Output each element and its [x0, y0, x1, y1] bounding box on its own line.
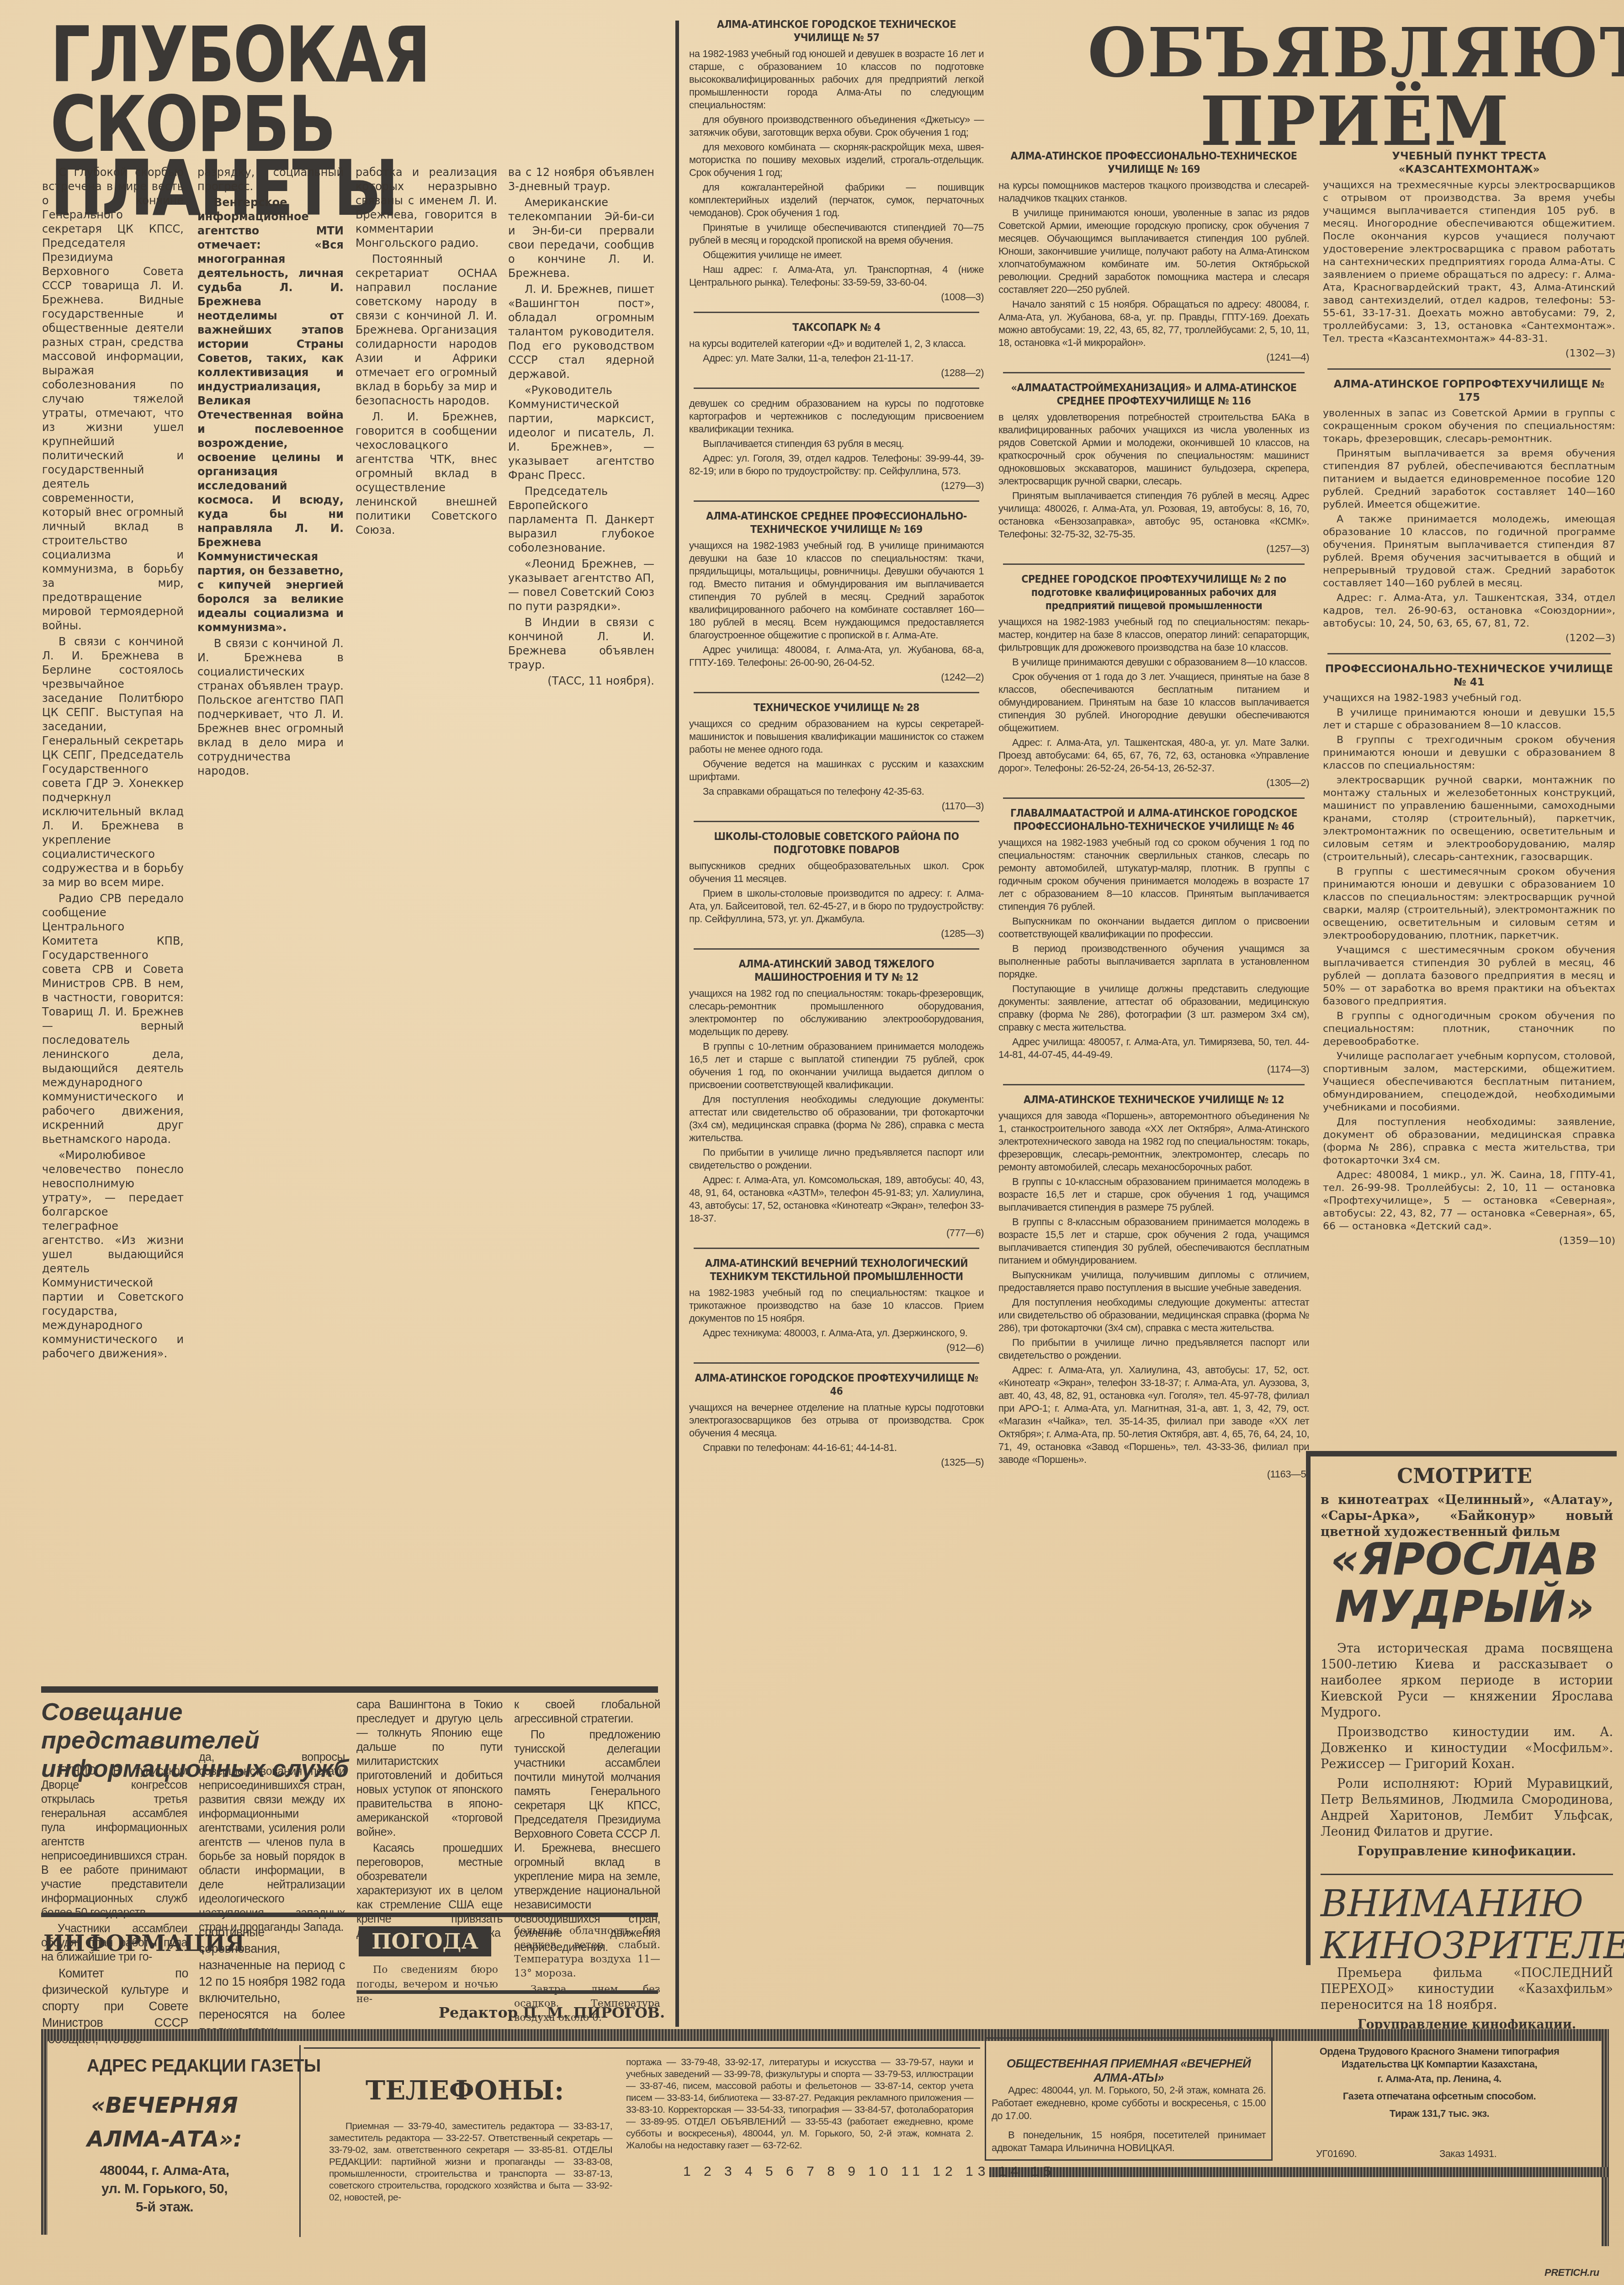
footer-bottom-border — [989, 2167, 1608, 2177]
ad-divider — [694, 312, 979, 313]
ad-divider — [1003, 563, 1305, 565]
watermark: PRETICH.ru — [1544, 2267, 1599, 2279]
film-box-left-border — [1306, 1451, 1311, 1965]
film-box-top-border — [1306, 1451, 1617, 1456]
ads-column-2: АЛМА-АТИНСКОЕ ПРОФЕССИОНАЛЬНО-ТЕХНИЧЕСКО… — [998, 142, 1309, 1481]
paper-name: «ВЕЧЕРНЯЯ АЛМА-АТА»: — [73, 2088, 256, 2156]
ad-divider — [694, 500, 979, 502]
attention-title: ВНИМАНИЮ КИНОЗРИТЕЛЕЙ! — [1321, 1883, 1613, 1967]
film-title: «ЯРОСЛАВ МУДРЫЙ» — [1316, 1536, 1613, 1631]
film-header: СМОТРИТЕ — [1316, 1465, 1613, 1488]
editorial-address: 480044, г. Алма-Ата, ул. М. Горького, 50… — [73, 2162, 256, 2216]
phones-list-left: Приемная — 33-79-40, заместитель редакто… — [329, 2120, 612, 2205]
ad-school-116: «АЛМААТАСТРОЙМЕХАНИЗАЦИЯ» И АЛМА-АТИНСКО… — [998, 382, 1309, 555]
column-rule — [675, 21, 679, 2027]
attention-body: Премьера фильма «ПОСЛЕДНИЙ ПЕРЕХОД» кино… — [1321, 1965, 1613, 2036]
phones-heading: ТЕЛЕФОНЫ: — [366, 2075, 564, 2106]
weather-divider — [356, 1990, 658, 1994]
film-divider — [1321, 1874, 1613, 1875]
ad-divider — [1327, 653, 1611, 654]
ad-school-46: ГЛАВАЛМААТАСТРОЙ И АЛМА-АТИНСКОЕ ГОРОДСК… — [998, 807, 1309, 1076]
ad-school-46-evening: АЛМА-АТИНСКОЕ ГОРОДСКОЕ ПРОФТЕХУЧИЛИЩЕ №… — [689, 1372, 984, 1469]
conference-col-3: сара Вашингтона в Токио преследует и дру… — [356, 1698, 503, 1942]
ad-cartographers: девушек со средним образованием на курсы… — [689, 397, 984, 492]
index-code: УГ01690. — [1316, 2148, 1357, 2160]
footer-left-border — [41, 2029, 48, 2235]
footer-divider — [299, 2045, 301, 2237]
ads-column-1: АЛМА-АТИНСКОЕ ГОРОДСКОЕ ТЕХНИЧЕСКОЕ УЧИЛ… — [689, 18, 984, 1469]
conference-col-4: к своей глобальной агрессивной стратегии… — [514, 1698, 660, 1956]
public-reception-title: ОБЩЕСТВЕННАЯ ПРИЕМНАЯ «ВЕЧЕРНЕЙ АЛМА-АТЫ… — [992, 2056, 1266, 2085]
ad-school-41: ПРОФЕССИОНАЛЬНО-ТЕХНИЧЕСКОЕ УЧИЛИЩЕ № 41… — [1323, 663, 1615, 1248]
ad-divider — [694, 692, 979, 693]
ad-kazsantehmontazh: УЧЕБНЫЙ ПУНКТ ТРЕСТА «КАЗСАНТЕХМОНТАЖ» у… — [1323, 150, 1615, 360]
film-description: Эта историческая драма посвящена 1500-ле… — [1321, 1641, 1613, 1863]
main-article-col-1: С глубокой скорбью встречена в мире вест… — [42, 165, 184, 1363]
weather-heading: ПОГОДА — [359, 1926, 491, 1956]
ad-school-169: АЛМА-АТИНСКОЕ ПРОФЕССИОНАЛЬНО-ТЕХНИЧЕСКО… — [998, 150, 1309, 364]
page-number-strip: 1 2 3 4 5 6 7 8 9 10 11 12 13 14 15 — [683, 2164, 1056, 2179]
main-article-col-3: работка и реализация которых неразрывно … — [356, 165, 497, 539]
ad-cook-schools: ШКОЛЫ-СТОЛОВЫЕ СОВЕТСКОГО РАЙОНА ПО ПОДГ… — [689, 830, 984, 940]
information-col-2: спортивные соревнования, назначенные на … — [199, 1924, 345, 2041]
section-divider — [41, 1686, 658, 1693]
footer-top-border — [41, 2029, 1608, 2041]
ad-school-169-secondary: АЛМА-АТИНСКОЕ СРЕДНЕЕ ПРОФЕССИОНАЛЬНО-ТЕ… — [689, 510, 984, 684]
section-divider — [41, 1913, 658, 1917]
tass-signoff: (ТАСС, 11 ноября). — [508, 674, 654, 688]
order-number: Заказ 14931. — [1439, 2148, 1497, 2160]
ad-divider — [1327, 368, 1611, 370]
public-reception-address: Адрес: 480044, ул. М. Горького, 50, 2-й … — [992, 2084, 1266, 2156]
weather-col-1: По сведениям бюро погоды, вечером и ночь… — [356, 1963, 498, 2009]
ad-textile-technikum: АЛМА-АТИНСКИЙ ВЕЧЕРНИЙ ТЕХНОЛОГИЧЕСКИЙ Т… — [689, 1257, 984, 1354]
main-article-col-2: разрядку, социальный прогресс. Венгерско… — [197, 165, 344, 780]
printer-info: Ордена Трудового Красного Знамени типогр… — [1311, 2045, 1567, 2122]
film-intro: в кинотеатрах «Целинный», «Алатау», «Сар… — [1321, 1492, 1613, 1540]
headline-line-1: ГЛУБОКАЯ — [50, 23, 537, 87]
ad-divider — [694, 1248, 979, 1249]
footer-right-border — [1602, 2029, 1609, 2246]
main-article-col-4: ва с 12 ноября объявлен 3-дневный траур.… — [508, 165, 654, 690]
ad-taxi-park-4: ТАКСОПАРК № 4 на курсы водителей категор… — [689, 321, 984, 379]
ad-divider — [694, 388, 979, 389]
address-heading: АДРЕС РЕДАКЦИИ ГАЗЕТЫ — [87, 2056, 321, 2076]
phones-top-rule — [304, 2047, 980, 2049]
ad-divider — [694, 1362, 979, 1364]
phones-list-right: портажа — 33-79-48, 33-92-17, литературы… — [626, 2056, 973, 2153]
ads-headline: ОБЪЯВЛЯЮТ ПРИЁМ — [1088, 18, 1622, 155]
ad-heavy-machinery-plant: АЛМА-АТИНСКИЙ ЗАВОД ТЯЖЕЛОГО МАШИНОСТРОЕ… — [689, 958, 984, 1239]
ad-divider — [694, 948, 979, 950]
ad-school-57: АЛМА-АТИНСКОЕ ГОРОДСКОЕ ТЕХНИЧЕСКОЕ УЧИЛ… — [689, 18, 984, 303]
conference-col-2: да, вопросы совершенствования печати неп… — [199, 1750, 345, 1936]
editor-name: Редактор П. М. ПИРОГОВ. — [439, 2004, 665, 2021]
ad-divider — [694, 821, 979, 822]
ad-school-175: АЛМА-АТИНСКОЕ ГОРПРОФТЕХУЧИЛИЩЕ № 175 ув… — [1323, 378, 1615, 645]
ad-divider — [1003, 797, 1305, 799]
ad-divider — [1003, 372, 1305, 373]
ad-school-28: ТЕХНИЧЕСКОЕ УЧИЛИЩЕ № 28 учащихся со сре… — [689, 701, 984, 813]
ad-divider — [1003, 1084, 1305, 1085]
ads-column-3: УЧЕБНЫЙ ПУНКТ ТРЕСТА «КАЗСАНТЕХМОНТАЖ» у… — [1323, 142, 1615, 1248]
ad-school-12: АЛМА-АТИНСКОЕ ТЕХНИЧЕСКОЕ УЧИЛИЩЕ № 12 у… — [998, 1094, 1309, 1481]
ad-school-2: СРЕДНЕЕ ГОРОДСКОЕ ПРОФТЕХУЧИЛИЩЕ № 2 по … — [998, 573, 1309, 789]
